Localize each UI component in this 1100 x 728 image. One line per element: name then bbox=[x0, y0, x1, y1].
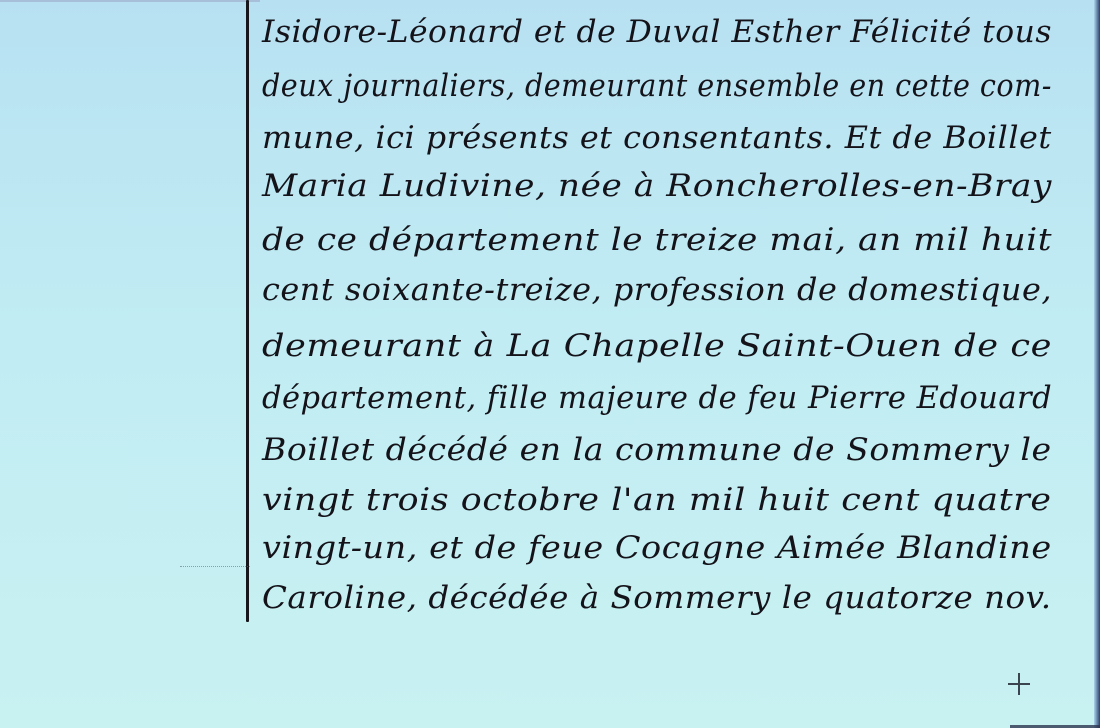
text-line-12: Caroline, décédée à Sommery le quatorze … bbox=[262, 580, 1052, 616]
text-line-2: deux journaliers, demeurant ensemble en … bbox=[262, 68, 1052, 104]
registration-crosshair-icon bbox=[1008, 673, 1030, 695]
text-line-1: Isidore-Léonard et de Duval Esther Félic… bbox=[262, 14, 1052, 50]
text-line-6: cent soixante-treize, profession de dome… bbox=[262, 272, 1052, 308]
text-line-7: demeurant à La Chapelle Saint-Ouen de ce bbox=[262, 328, 1052, 364]
margin-dotted-mark bbox=[180, 566, 250, 568]
text-line-10: vingt trois octobre l'an mil huit cent q… bbox=[262, 482, 1051, 518]
text-line-5: de ce département le treize mai, an mil … bbox=[262, 222, 1052, 258]
text-line-11: vingt-un, et de feue Cocagne Aimée Bland… bbox=[262, 530, 1052, 566]
text-line-8: département, fille majeure de feu Pierre… bbox=[262, 380, 1052, 416]
text-line-9: Boillet décédé en la commune de Sommery … bbox=[262, 432, 1052, 468]
text-line-3: mune, ici présents et consentants. Et de… bbox=[262, 120, 1052, 156]
margin-rule-line bbox=[246, 0, 249, 622]
page-top-edge bbox=[0, 0, 260, 2]
scanned-page: Isidore-Léonard et de Duval Esther Félic… bbox=[0, 0, 1100, 728]
text-line-4: Maria Ludivine, née à Roncherolles-en-Br… bbox=[262, 168, 1052, 204]
page-right-edge-shadow bbox=[1094, 0, 1100, 728]
